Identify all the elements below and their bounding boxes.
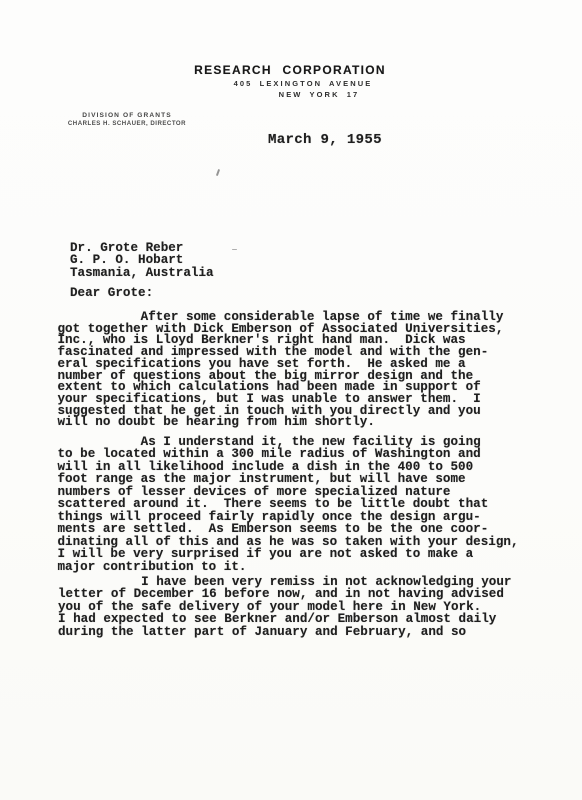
salutation: Dear Grote:: [70, 287, 153, 299]
letterhead-address-line2: NEW YORK 17: [279, 90, 360, 99]
letterhead-company-name: RESEARCH CORPORATION: [194, 63, 386, 77]
body-paragraph-3: I have been very remiss in not acknowled…: [58, 576, 511, 638]
letterhead-division-block: DIVISION OF GRANTS CHARLES H. SCHAUER, D…: [61, 111, 193, 129]
letterhead-address-line1: 405 LEXINGTON AVENUE: [234, 79, 373, 88]
recipient-address-block: Dr. Grote Reber G. P. O. Hobart Tasmania…: [70, 242, 214, 279]
scan-artifact-tick: [216, 168, 220, 175]
scan-artifact-dash: [232, 249, 238, 251]
division-director-label: CHARLES H. SCHAUER, DIRECTOR: [61, 120, 193, 128]
division-of-grants-label: DIVISION OF GRANTS: [61, 111, 193, 121]
body-paragraph-1: After some considerable lapse of time we…: [58, 312, 504, 429]
letter-page: RESEARCH CORPORATION 405 LEXINGTON AVENU…: [0, 0, 582, 800]
letter-date: March 9, 1955: [268, 133, 382, 147]
body-paragraph-2: As I understand it, the new facility is …: [58, 436, 519, 573]
